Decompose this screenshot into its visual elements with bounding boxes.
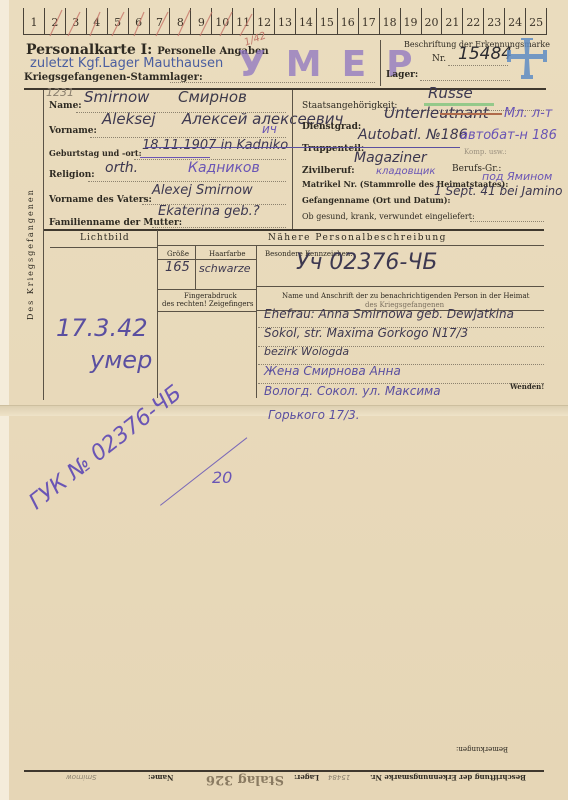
zivilberuf-value: Magaziner (354, 150, 427, 166)
kennzeichen-rule (256, 286, 544, 287)
red-pencil-marks (40, 6, 270, 42)
stamm-handwritten-stamp: zuletzt Kgf.Lager Mauthausen (30, 56, 223, 71)
strip-cell: 16 (338, 8, 359, 34)
finger-bottom-rule (158, 311, 256, 312)
stalag-stamp: Stalag 326 (206, 772, 284, 787)
matrikel-note: под Ямином (482, 170, 552, 183)
section-label: Nähere Personalbeschreibung (268, 233, 447, 243)
notify-line: bezirk Wologda (264, 345, 349, 358)
strip-cell: 14 (296, 8, 317, 34)
dienstgrad-label: Dienstgrad: (302, 122, 361, 132)
strip-cell: 24 (505, 8, 526, 34)
photo-note-date: 17.3.42 (56, 314, 148, 342)
header-divider (380, 40, 381, 86)
address-continuation: Горького 17/3. (268, 408, 360, 422)
footer-rule (24, 770, 544, 772)
strike-line (440, 113, 502, 115)
gesund-label: Ob gesund, krank, verwundet eingeliefert… (302, 212, 475, 221)
name-label: Name: (49, 101, 82, 111)
paper-edge (0, 0, 9, 800)
strip-cell: 22 (463, 8, 484, 34)
groesse-value: 165 (165, 260, 190, 275)
gefangen-label: Gefangenname (Ort und Datum): (302, 195, 451, 205)
serial-number: 1231 (46, 86, 74, 99)
strip-cell: 18 (380, 8, 401, 34)
diagonal-fraction: 20 (212, 468, 232, 487)
footer-lager-label: Lager: (294, 773, 319, 782)
dienstgrad-note: Мл. л-т (504, 106, 552, 121)
lager-dotted-line (420, 80, 510, 81)
vater-value: Alexej Smirnow (152, 183, 253, 198)
religion-line (88, 181, 286, 182)
lichtbild-rule (50, 247, 158, 248)
photo-divider (157, 230, 158, 398)
bemerkungen-label: Bemerkungen: (456, 745, 508, 753)
notify-line: Ehefrau: Anna Smirnowa geb. Dewjatkina (264, 307, 514, 321)
violet-stroke (145, 147, 460, 148)
geburt-label: Geburtstag und -ort: (49, 148, 142, 158)
truppenteil-value: Autobatl. №186 (358, 127, 468, 143)
notify-line: Жена Смирнова Анна (264, 364, 401, 378)
blue-cross-stamp (506, 38, 548, 80)
name-cyrillic: Смирнов (178, 88, 247, 106)
mutter-line (152, 227, 286, 228)
gefangen-value: 1 Sept. 41 bei Jamino (434, 184, 563, 198)
finger-top-rule (158, 289, 256, 290)
footer-beschriftung: Beschriftung der Erkennungsmarke Nr. (370, 773, 526, 782)
religion-label: Religion: (49, 170, 95, 180)
notify-label-1: Name und Anschrift der zu benachrichtige… (282, 292, 529, 300)
id-tag-number: 15484 (458, 44, 512, 64)
left-border (43, 90, 44, 400)
lager-label: Lager: (386, 70, 418, 80)
truppenteil-note: автобат-н 186 (460, 128, 557, 143)
personnel-card: 1 2 3 4 5 6 7 8 9 10 11 12 13 14 15 16 1… (0, 0, 568, 800)
wenden-label: Wenden! (510, 382, 544, 391)
middle-divider (292, 90, 293, 230)
strip-cell: 15 (317, 8, 338, 34)
fraction-bar (160, 437, 247, 506)
religion-value: orth. (105, 160, 138, 176)
strip-cell: 25 (526, 8, 547, 34)
vater-label: Vorname des Vaters: (49, 195, 152, 205)
diagonal-note: ГУК № 02376-ЧБ (25, 381, 187, 515)
vorname-overflow: ич (262, 122, 277, 136)
komp-label: Komp. usw.: (464, 148, 507, 156)
notify-line: Вологд. Сокол. ул. Максима (264, 384, 441, 398)
strip-cell: 21 (442, 8, 463, 34)
strip-cell: 17 (359, 8, 380, 34)
vorname-value: Aleksej (102, 110, 156, 128)
detail-divider (256, 245, 257, 398)
finger-label-2: des rechten! Zeigefingers (162, 300, 253, 308)
photo-note-word: умер (90, 346, 152, 374)
gesund-line (470, 221, 544, 222)
strip-cell: 19 (401, 8, 422, 34)
haarfarbe-value: schwarze (199, 262, 251, 275)
finger-label-1: Fingerabdruck (184, 292, 237, 300)
zivilberuf-label: Zivilberuf: (302, 166, 355, 176)
size-divider (195, 245, 196, 289)
staat-value: Russe (428, 84, 473, 102)
geburt-underline (140, 157, 210, 158)
lichtbild-label: Lichtbild (80, 233, 130, 243)
footer-name-label: Name: (148, 773, 173, 782)
vorname-label: Vorname: (49, 126, 97, 136)
geburt-value: 18.11.1907 in Kadniko (142, 138, 288, 153)
footer-name-value: Smirnow (66, 773, 97, 781)
strip-cell: 20 (422, 8, 443, 34)
name-value: Smirnow (84, 88, 149, 106)
footer-nr-value: 15484 (328, 773, 350, 781)
mid-rule (44, 229, 544, 231)
nr-dotted-line (448, 65, 508, 66)
strip-cell: 13 (275, 8, 296, 34)
haarfarbe-label: Haarfarbe (209, 250, 246, 258)
notify-line: Sokol, str. Maxima Gorkogo N17/3 (264, 326, 468, 340)
groesse-label: Größe (167, 250, 189, 258)
side-label: Des Kriegsgefangenen (26, 188, 35, 320)
section-rule (158, 245, 544, 246)
strip-cell: 23 (484, 8, 505, 34)
nr-label: Nr. (432, 54, 446, 64)
mutter-value: Ekaterina geb.? (158, 204, 260, 219)
zivilberuf-note: кладовщик (376, 166, 435, 177)
religion-note: Кадников (188, 160, 260, 176)
kennzeichen-value: Уч 02376-ЧБ (296, 250, 438, 275)
